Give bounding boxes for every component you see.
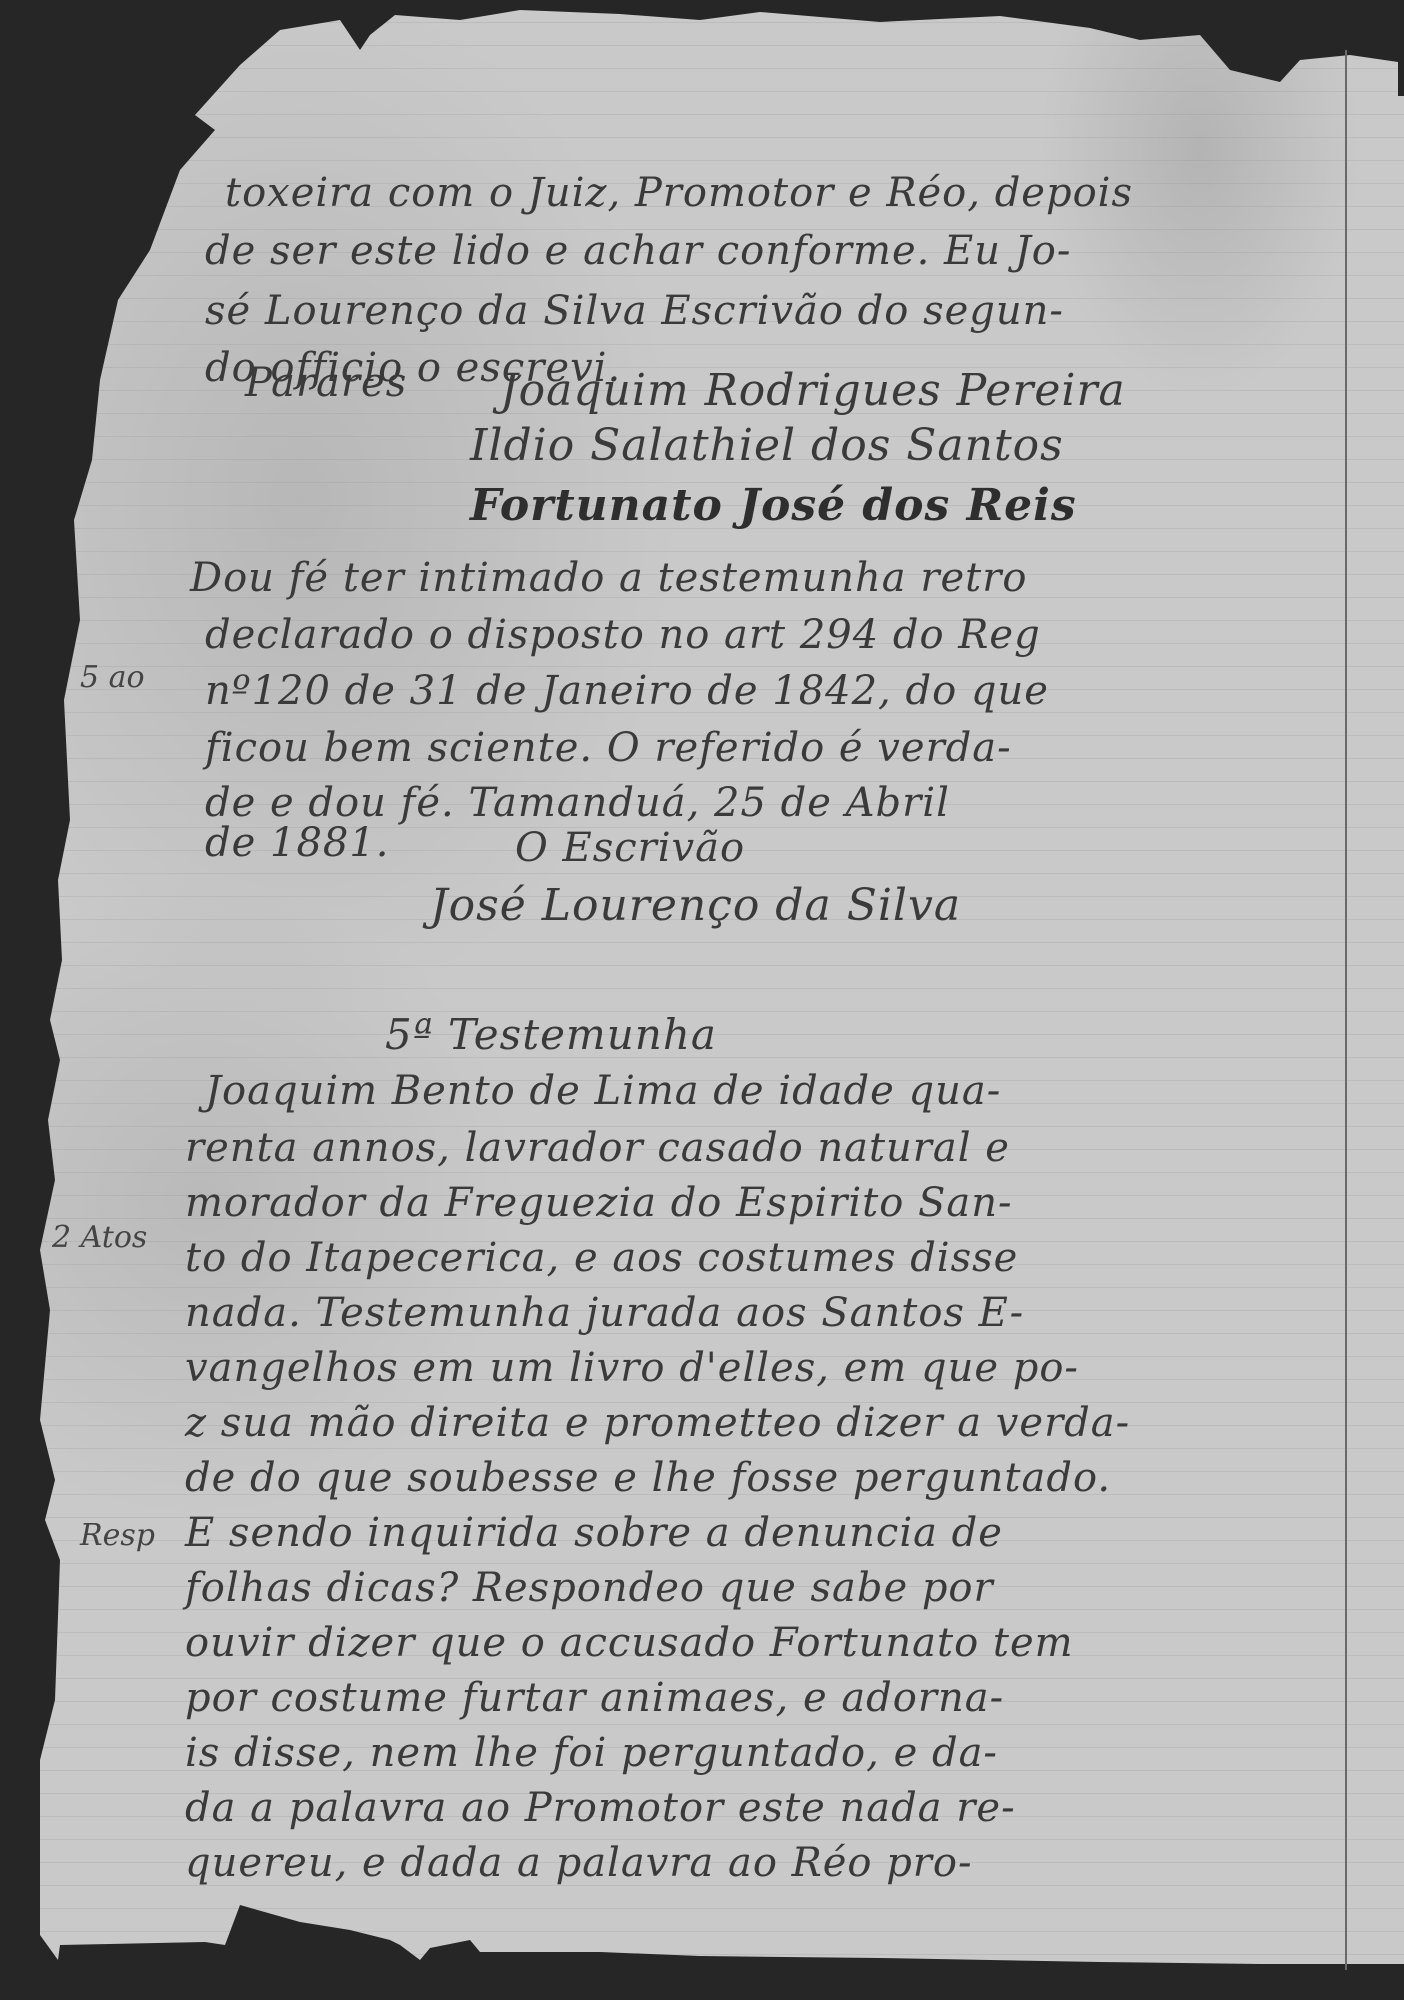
text-line: E sendo inquirida sobre a denuncia de — [185, 1510, 1003, 1556]
text-line: quereu, e dada a palavra ao Réo pro- — [185, 1840, 973, 1886]
text-line: de ser este lido e achar conforme. Eu Jo… — [205, 228, 1071, 274]
closing-title: O Escrivão — [515, 825, 745, 871]
text-line: por costume furtar animaes, e adorna- — [185, 1675, 1004, 1721]
margin-note: Resp — [80, 1518, 155, 1553]
text-line: renta annos, lavrador casado natural e — [185, 1125, 1010, 1171]
text-line: de do que soubesse e lhe fosse perguntad… — [185, 1455, 1111, 1501]
text-line: morador da Freguezia do Espirito San- — [185, 1180, 1013, 1226]
text-line: sé Lourenço da Silva Escrivão do segun- — [205, 288, 1064, 334]
text-line: vangelhos em um livro d'elles, em que po… — [185, 1345, 1079, 1391]
text-line: nº120 de 31 de Janeiro de 1842, do que — [205, 668, 1049, 714]
text-line: z sua mão direita e prometteo dizer a ve… — [185, 1400, 1130, 1446]
text-line: is disse, nem lhe foi perguntado, e da- — [185, 1730, 998, 1776]
text-line: to do Itapecerica, e aos costumes disse — [185, 1235, 1018, 1281]
text-line: declarado o disposto no art 294 do Reg — [205, 612, 1041, 658]
text-line: de 1881. — [205, 820, 390, 866]
text-line: Dou fé ter intimado a testemunha retro — [190, 555, 1027, 601]
signature-name: Fortunato José dos Reis — [470, 480, 1077, 531]
margin-note: 5 ao — [80, 660, 145, 695]
text-line: da a palavra ao Promotor este nada re- — [185, 1785, 1016, 1831]
testimony-heading: 5ª Testemunha — [385, 1010, 717, 1059]
text-line: ficou bem sciente. O referido é verda- — [205, 725, 1012, 771]
text-line: Joaquim Bento de Lima de idade qua- — [205, 1068, 1001, 1114]
margin-note: 2 Atos — [52, 1220, 147, 1255]
signature-name: Joaquim Rodrigues Pereira — [500, 365, 1126, 416]
signature-name: Ildio Salathiel dos Santos — [470, 420, 1064, 471]
text-line: toxeira com o Juiz, Promotor e Réo, depo… — [225, 170, 1133, 216]
text-line: folhas dicas? Respondeo que sabe por — [185, 1565, 994, 1611]
signature-label: Parares — [245, 360, 407, 406]
scanned-document: toxeira com o Juiz, Promotor e Réo, depo… — [0, 0, 1404, 2000]
handwritten-content: toxeira com o Juiz, Promotor e Réo, depo… — [0, 0, 1404, 2000]
closing-signature: José Lourenço da Silva — [430, 880, 961, 931]
text-line: nada. Testemunha jurada aos Santos E- — [185, 1290, 1024, 1336]
text-line: ouvir dizer que o accusado Fortunato tem — [185, 1620, 1074, 1666]
